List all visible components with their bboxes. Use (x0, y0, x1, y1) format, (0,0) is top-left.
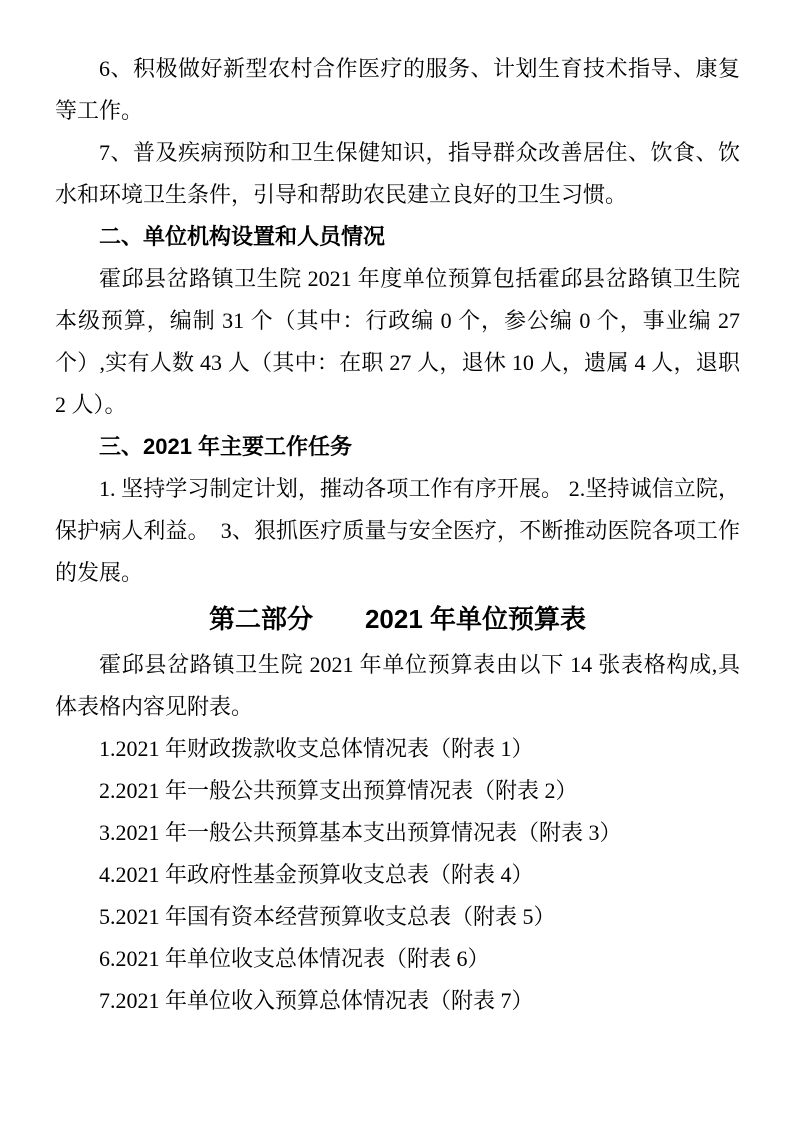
section-heading-org-staff: 二、单位机构设置和人员情况 (55, 216, 740, 258)
budget-table-list: 1.2021 年财政拨款收支总体情况表（附表 1） 2.2021 年一般公共预算… (55, 728, 740, 1022)
budget-table-list-item: 1.2021 年财政拨款收支总体情况表（附表 1） (55, 728, 740, 770)
budget-table-list-item: 3.2021 年一般公共预算基本支出预算情况表（附表 3） (55, 812, 740, 854)
budget-table-list-item: 6.2021 年单位收支总体情况表（附表 6） (55, 938, 740, 980)
part-2-intro-paragraph: 霍邱县岔路镇卫生院 2021 年单位预算表由以下 14 张表格构成,具体表格内容… (55, 644, 740, 728)
budget-table-list-item: 4.2021 年政府性基金预算收支总表（附表 4） (55, 854, 740, 896)
section-org-staff-paragraph: 霍邱县岔路镇卫生院 2021 年度单位预算包括霍邱县岔路镇卫生院本级预算，编制 … (55, 258, 740, 426)
budget-table-list-item: 7.2021 年单位收入预算总体情况表（附表 7） (55, 980, 740, 1022)
budget-table-list-item: 5.2021 年国有资本经营预算收支总表（附表 5） (55, 896, 740, 938)
work-item-7-paragraph: 7、普及疾病预防和卫生保健知识，指导群众改善居住、饮食、饮水和环境卫生条件，引导… (55, 132, 740, 216)
section-heading-main-tasks: 三、2021 年主要工作任务 (55, 426, 740, 468)
document-page: 6、积极做好新型农村合作医疗的服务、计划生育技术指导、康复等工作。 7、普及疾病… (0, 0, 793, 1122)
budget-table-list-item: 2.2021 年一般公共预算支出预算情况表（附表 2） (55, 770, 740, 812)
work-item-6-paragraph: 6、积极做好新型农村合作医疗的服务、计划生育技术指导、康复等工作。 (55, 48, 740, 132)
part-2-title: 第二部分 2021 年单位预算表 (55, 594, 740, 644)
section-main-tasks-paragraph: 1. 坚持学习制定计划，摧动各项工作有序开展。 2.坚持诚信立院，保护病人利益。… (55, 468, 740, 594)
